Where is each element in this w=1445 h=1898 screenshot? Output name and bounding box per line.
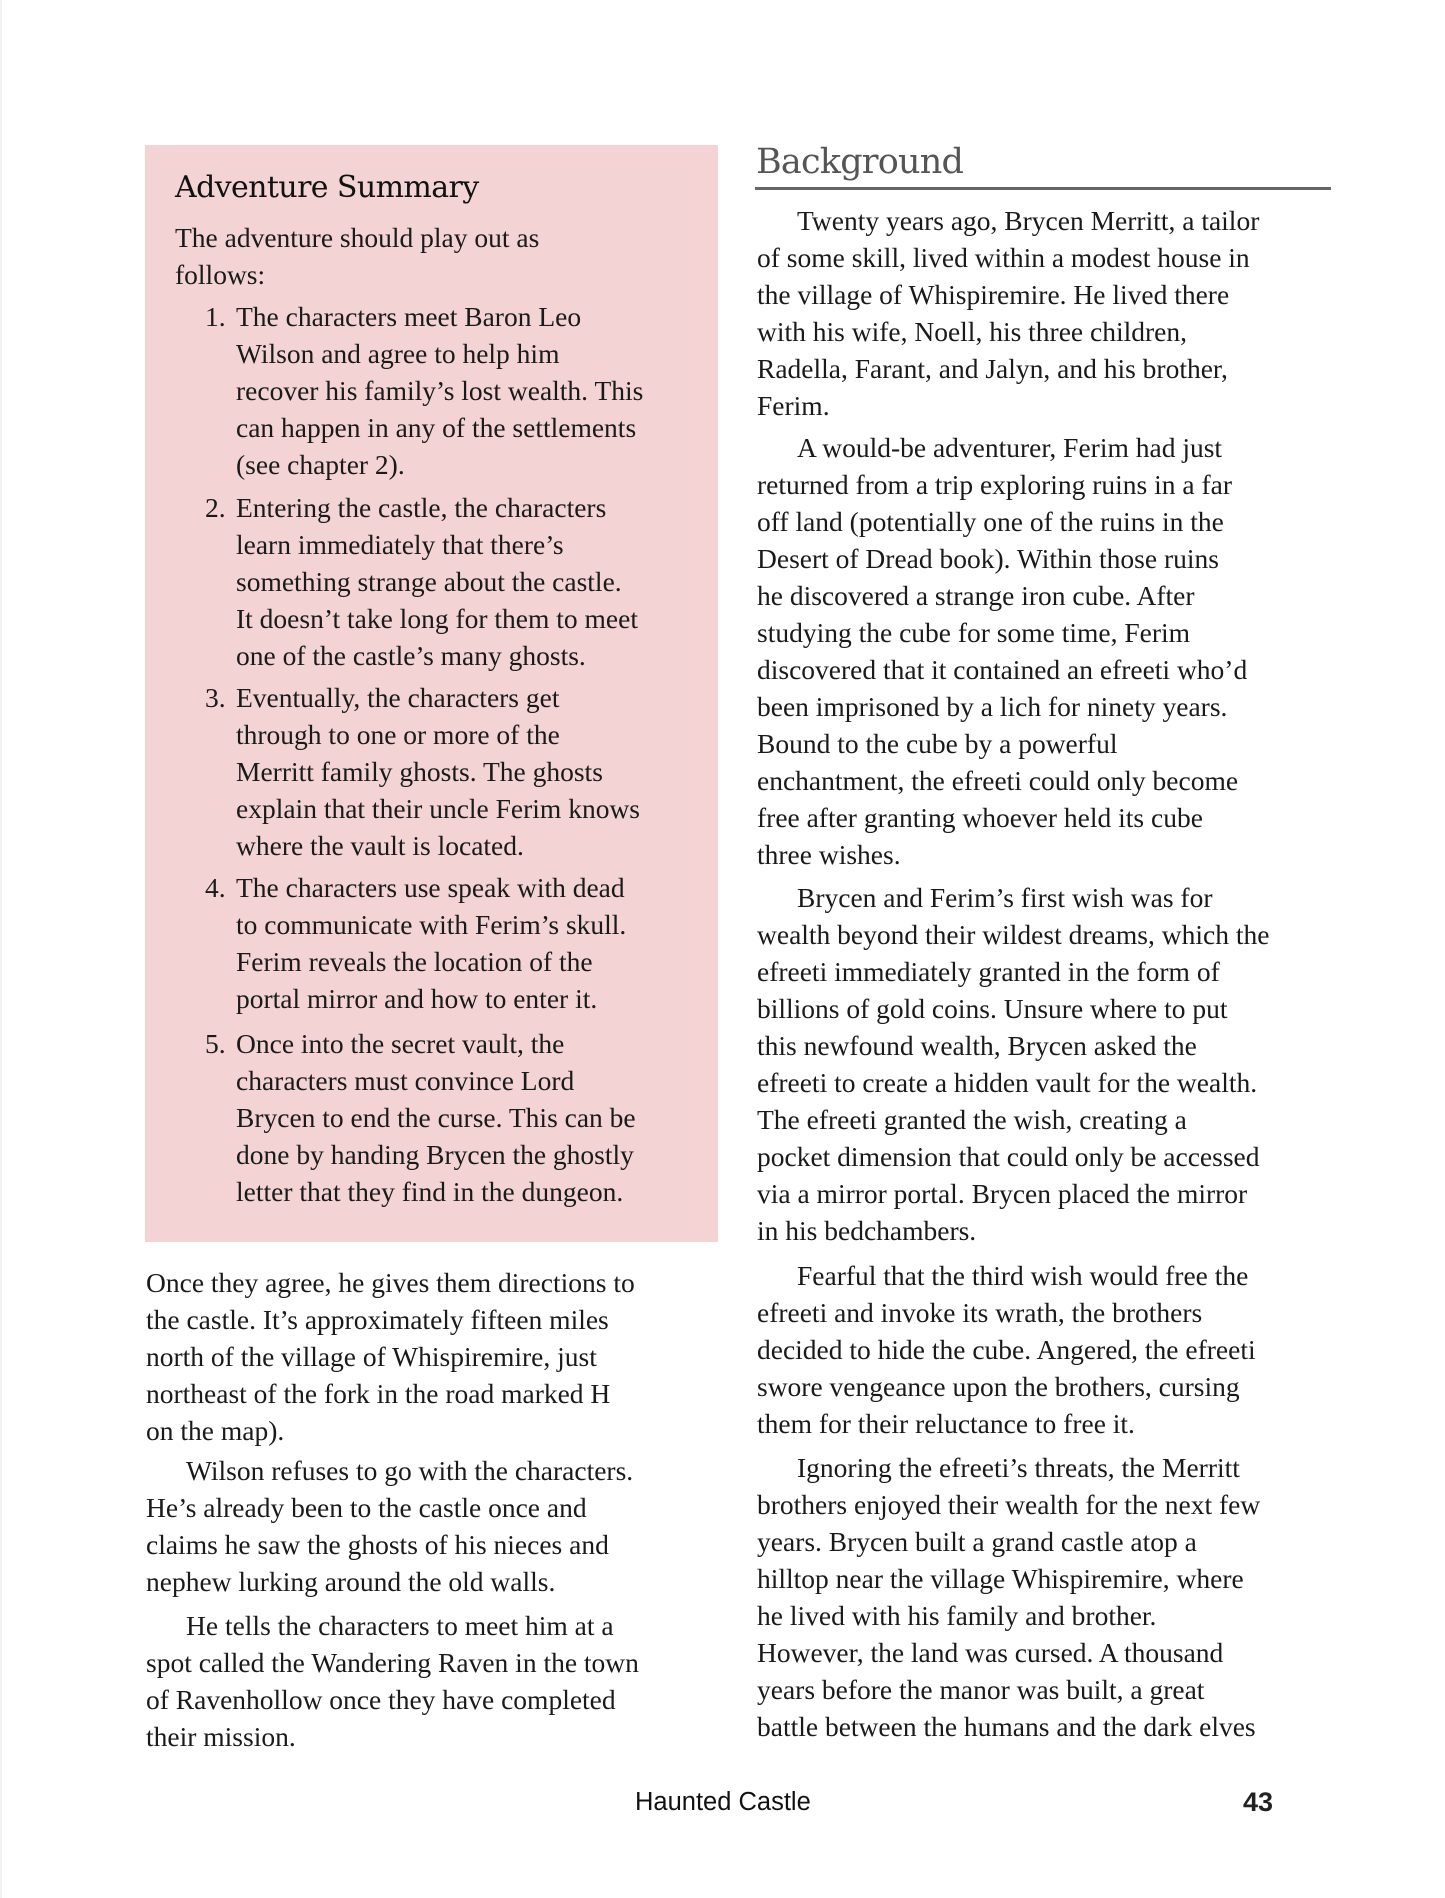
background-paragraph-5: Ignoring the efreeti’s threats, the Merr… <box>757 1449 1260 1745</box>
background-heading: Background <box>756 140 963 184</box>
text-line: free after granting whoever held its cub… <box>757 799 1247 836</box>
text-line: years before the manor was built, a grea… <box>757 1671 1260 1708</box>
adventure-summary-title: Adventure Summary <box>175 168 479 208</box>
summary-item-3: 3.Eventually, the characters getthrough … <box>205 679 705 864</box>
list-number: 5. <box>205 1025 226 1062</box>
text-line: efreeti to create a hidden vault for the… <box>757 1064 1269 1101</box>
text-line: A would-be adventurer, Ferim had just <box>757 429 1247 466</box>
text-line: Radella, Farant, and Jalyn, and his brot… <box>757 350 1259 387</box>
text-line: off land (potentially one of the ruins i… <box>757 503 1247 540</box>
text-line: in his bedchambers. <box>757 1212 1269 1249</box>
text-line: Twenty years ago, Brycen Merritt, a tail… <box>757 202 1259 239</box>
list-number: 3. <box>205 679 226 716</box>
text-line: decided to hide the cube. Angered, the e… <box>757 1331 1256 1368</box>
summary-item-4: 4.The characters use speak with deadto c… <box>205 869 705 1017</box>
list-item-line: something strange about the castle. <box>205 563 705 600</box>
text-line: battle between the humans and the dark e… <box>757 1708 1260 1745</box>
text-line: spot called the Wandering Raven in the t… <box>146 1644 639 1681</box>
list-item-line: The characters meet Baron Leo <box>205 298 705 335</box>
text-line: discovered that it contained an efreeti … <box>757 651 1247 688</box>
list-item-line: Merritt family ghosts. The ghosts <box>205 753 705 790</box>
list-item-line: Once into the secret vault, the <box>205 1025 705 1062</box>
text-line: nephew lurking around the old walls. <box>146 1563 633 1600</box>
text-line: efreeti and invoke its wrath, the brothe… <box>757 1294 1256 1331</box>
list-item-line: explain that their uncle Ferim knows <box>205 790 705 827</box>
heading-rule <box>755 187 1331 190</box>
text-line: billions of gold coins. Unsure where to … <box>757 990 1269 1027</box>
list-item-line: through to one or more of the <box>205 716 705 753</box>
text-line: north of the village of Whispiremire, ju… <box>146 1338 635 1375</box>
list-item-line: It doesn’t take long for them to meet <box>205 600 705 637</box>
text-line: He’s already been to the castle once and <box>146 1489 633 1526</box>
list-item-line: letter that they find in the dungeon. <box>205 1173 705 1210</box>
text-line: Wilson refuses to go with the characters… <box>146 1452 633 1489</box>
text-line: he lived with his family and brother. <box>757 1597 1260 1634</box>
text-line: of some skill, lived within a modest hou… <box>757 239 1259 276</box>
text-line: pocket dimension that could only be acce… <box>757 1138 1269 1175</box>
text-line: their mission. <box>146 1718 639 1755</box>
list-item-line: can happen in any of the settlements <box>205 409 705 446</box>
text-line: he discovered a strange iron cube. After <box>757 577 1247 614</box>
page-edge <box>0 0 2 1898</box>
list-item-line: Entering the castle, the characters <box>205 489 705 526</box>
text-line: enchantment, the efreeti could only beco… <box>757 762 1247 799</box>
text-line: Once they agree, he gives them direction… <box>146 1264 635 1301</box>
text-line: via a mirror portal. Brycen placed the m… <box>757 1175 1269 1212</box>
text-line: wealth beyond their wildest dreams, whic… <box>757 916 1269 953</box>
text-line: However, the land was cursed. A thousand <box>757 1634 1260 1671</box>
text-line: claims he saw the ghosts of his nieces a… <box>146 1526 633 1563</box>
text-line: years. Brycen built a grand castle atop … <box>757 1523 1260 1560</box>
list-item-line: to communicate with Ferim’s skull. <box>205 906 705 943</box>
summary-intro: The adventure should play out asfollows: <box>175 219 539 293</box>
text-line: the village of Whispiremire. He lived th… <box>757 276 1259 313</box>
text-line: follows: <box>175 256 539 293</box>
left-paragraph-1: Once they agree, he gives them direction… <box>146 1264 635 1449</box>
text-line: the castle. It’s approximately fifteen m… <box>146 1301 635 1338</box>
text-line: three wishes. <box>757 836 1247 873</box>
text-line: of Ravenhollow once they have completed <box>146 1681 639 1718</box>
text-line: efreeti immediately granted in the form … <box>757 953 1269 990</box>
text-line: northeast of the fork in the road marked… <box>146 1375 635 1412</box>
page-number: 43 <box>1243 1787 1273 1817</box>
list-item-line: Wilson and agree to help him <box>205 335 705 372</box>
summary-item-5: 5.Once into the secret vault, thecharact… <box>205 1025 705 1210</box>
list-item-line: learn immediately that there’s <box>205 526 705 563</box>
text-line: The efreeti granted the wish, creating a <box>757 1101 1269 1138</box>
text-line: returned from a trip exploring ruins in … <box>757 466 1247 503</box>
list-item-line: Ferim reveals the location of the <box>205 943 705 980</box>
text-line: Fearful that the third wish would free t… <box>757 1257 1256 1294</box>
text-line: Bound to the cube by a powerful <box>757 725 1247 762</box>
summary-item-2: 2.Entering the castle, the characterslea… <box>205 489 705 674</box>
text-line: swore vengeance upon the brothers, cursi… <box>757 1368 1256 1405</box>
text-line: brothers enjoyed their wealth for the ne… <box>757 1486 1260 1523</box>
text-line: with his wife, Noell, his three children… <box>757 313 1259 350</box>
list-item-line: characters must convince Lord <box>205 1062 705 1099</box>
list-item-line: Eventually, the characters get <box>205 679 705 716</box>
list-number: 1. <box>205 298 226 335</box>
list-number: 2. <box>205 489 226 526</box>
left-paragraph-2: Wilson refuses to go with the characters… <box>146 1452 633 1600</box>
list-item-line: The characters use speak with dead <box>205 869 705 906</box>
text-line: them for their reluctance to free it. <box>757 1405 1256 1442</box>
background-paragraph-2: A would-be adventurer, Ferim had justret… <box>757 429 1247 873</box>
left-paragraph-3: He tells the characters to meet him at a… <box>146 1607 639 1755</box>
list-item-line: Brycen to end the curse. This can be <box>205 1099 705 1136</box>
text-line: hilltop near the village Whispiremire, w… <box>757 1560 1260 1597</box>
background-paragraph-4: Fearful that the third wish would free t… <box>757 1257 1256 1442</box>
list-item-line: done by handing Brycen the ghostly <box>205 1136 705 1173</box>
text-line: Brycen and Ferim’s first wish was for <box>757 879 1269 916</box>
list-item-line: where the vault is located. <box>205 827 705 864</box>
text-line: The adventure should play out as <box>175 219 539 256</box>
text-line: Ferim. <box>757 387 1259 424</box>
text-line: on the map). <box>146 1412 635 1449</box>
list-item-line: recover his family’s lost wealth. This <box>205 372 705 409</box>
list-number: 4. <box>205 869 226 906</box>
text-line: He tells the characters to meet him at a <box>146 1607 639 1644</box>
list-item-line: one of the castle’s many ghosts. <box>205 637 705 674</box>
background-paragraph-1: Twenty years ago, Brycen Merritt, a tail… <box>757 202 1259 424</box>
summary-item-1: 1.The characters meet Baron LeoWilson an… <box>205 298 705 483</box>
text-line: been imprisoned by a lich for ninety yea… <box>757 688 1247 725</box>
background-paragraph-3: Brycen and Ferim’s first wish was forwea… <box>757 879 1269 1249</box>
text-line: studying the cube for some time, Ferim <box>757 614 1247 651</box>
text-line: Ignoring the efreeti’s threats, the Merr… <box>757 1449 1260 1486</box>
list-item-line: (see chapter 2). <box>205 446 705 483</box>
text-line: this newfound wealth, Brycen asked the <box>757 1027 1269 1064</box>
running-footer-title: Haunted Castle <box>635 1787 811 1817</box>
list-item-line: portal mirror and how to enter it. <box>205 980 705 1017</box>
text-line: Desert of Dread book). Within those ruin… <box>757 540 1247 577</box>
